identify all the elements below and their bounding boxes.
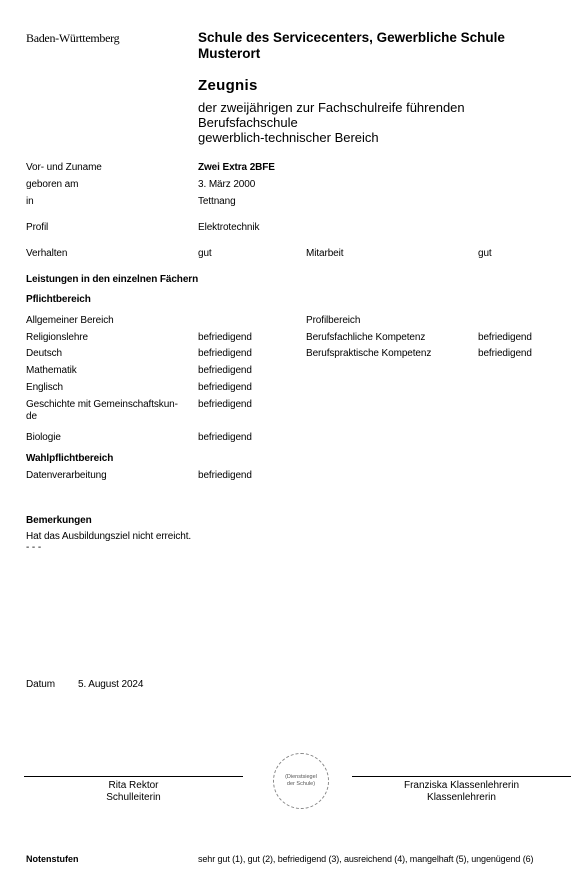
name-label: Vor- und Zuname xyxy=(26,162,102,173)
right-signature-block: Franziska Klassenlehrerin Klassenlehreri… xyxy=(352,780,571,804)
date-value: 5. August 2024 xyxy=(78,679,143,690)
subtitle-line: Berufsfachschule xyxy=(198,115,568,130)
left-signature-block: Rita Rektor Schulleiterin xyxy=(24,780,243,804)
subject-name: Biologie xyxy=(26,432,61,443)
subtitle-line: der zweijährigen zur Fachschulreife führ… xyxy=(198,100,568,115)
subject-name-continued: de xyxy=(26,411,37,422)
mandatory-title: Pflichtbereich xyxy=(26,294,91,305)
profile-label: Profil xyxy=(26,222,48,233)
elective-subject-name: Datenverarbeitung xyxy=(26,470,107,481)
official-seal-placeholder: (Dienstsiegel der Schule) xyxy=(273,753,329,809)
profile-subject-grade: befriedigend xyxy=(478,332,532,343)
grade-scale-text: sehr gut (1), gut (2), befriedigend (3),… xyxy=(198,854,533,864)
subject-grade: befriedigend xyxy=(198,348,252,359)
subtitle-line: gewerblich-technischer Bereich xyxy=(198,130,568,145)
subject-grade: befriedigend xyxy=(198,365,252,376)
general-area-title: Allgemeiner Bereich xyxy=(26,315,114,326)
elective-title: Wahlpflichtbereich xyxy=(26,453,113,464)
birthplace-label: in xyxy=(26,196,34,207)
state-name: Baden-Württemberg xyxy=(26,31,119,46)
remarks-text: Hat das Ausbildungsziel nicht erreicht. xyxy=(26,531,191,542)
grade-scale-label: Notenstufen xyxy=(26,854,79,864)
remarks-filler: - - - xyxy=(26,542,41,553)
elective-subject-grade: befriedigend xyxy=(198,470,252,481)
subject-name: Deutsch xyxy=(26,348,62,359)
profile-value: Elektrotechnik xyxy=(198,222,259,233)
profile-subject-name: Berufspraktische Kompetenz xyxy=(306,348,431,359)
document-title: Zeugnis xyxy=(198,77,258,94)
principal-name: Rita Rektor xyxy=(24,780,243,792)
seal-text: der Schule) xyxy=(285,781,317,788)
subject-grade: befriedigend xyxy=(198,332,252,343)
cooperation-value: gut xyxy=(478,248,492,259)
name-value: Zwei Extra 2BFE xyxy=(198,162,275,173)
school-name: Schule des Servicecenters, Gewerbliche S… xyxy=(198,30,568,62)
subject-name: Religionslehre xyxy=(26,332,88,343)
birthdate-value: 3. März 2000 xyxy=(198,179,255,190)
profile-subject-grade: befriedigend xyxy=(478,348,532,359)
date-label: Datum xyxy=(26,679,55,690)
teacher-role: Klassenlehrerin xyxy=(352,792,571,804)
cooperation-label: Mitarbeit xyxy=(306,248,343,259)
subject-name: Mathematik xyxy=(26,365,77,376)
birthdate-label: geboren am xyxy=(26,179,78,190)
remarks-title: Bemerkungen xyxy=(26,515,92,526)
profile-area-title: Profilbereich xyxy=(306,315,360,326)
right-signature-line xyxy=(352,776,571,777)
profile-subject-name: Berufsfachliche Kompetenz xyxy=(306,332,425,343)
birthplace-value: Tettnang xyxy=(198,196,236,207)
grades-section-title: Leistungen in den einzelnen Fächern xyxy=(26,274,198,285)
conduct-label: Verhalten xyxy=(26,248,67,259)
teacher-name: Franziska Klassenlehrerin xyxy=(352,780,571,792)
subject-name: Englisch xyxy=(26,382,63,393)
seal-text: (Dienstsiegel xyxy=(285,774,317,781)
subject-grade: befriedigend xyxy=(198,399,252,410)
subject-name: Geschichte mit Gemeinschaftskun- xyxy=(26,399,178,410)
subject-grade: befriedigend xyxy=(198,432,252,443)
principal-role: Schulleiterin xyxy=(24,792,243,804)
document-subtitle: der zweijährigen zur Fachschulreife führ… xyxy=(198,100,568,145)
conduct-value: gut xyxy=(198,248,212,259)
subject-grade: befriedigend xyxy=(198,382,252,393)
left-signature-line xyxy=(24,776,243,777)
